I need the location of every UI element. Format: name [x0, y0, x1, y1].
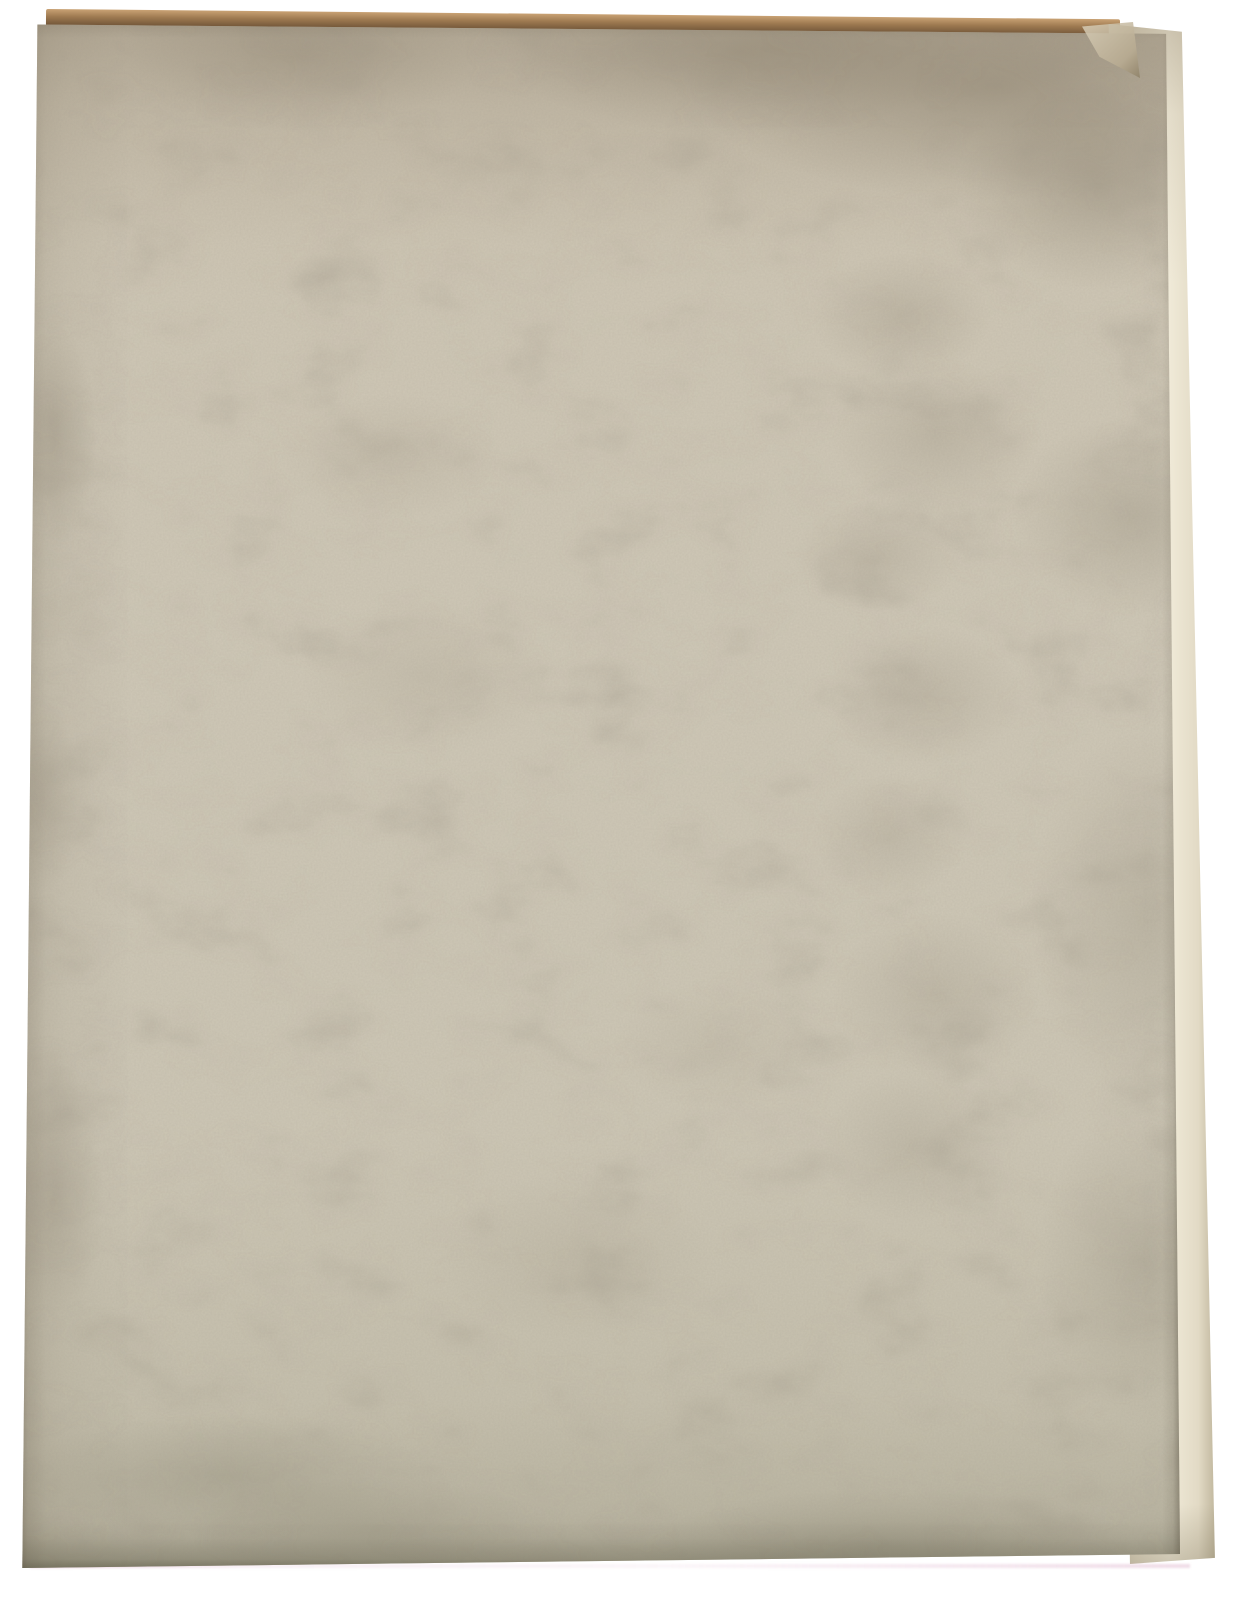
right-column-stains — [20, 16, 1180, 1568]
center-smudges — [20, 16, 1180, 1568]
top-soiling-stains — [20, 16, 1180, 1568]
paper-tone-gradient — [20, 16, 1180, 1568]
paper-grain-texture — [20, 16, 1180, 1568]
photo-background — [0, 0, 1238, 1600]
left-margin-foxing — [20, 16, 1180, 1568]
bottom-soiling-stains — [20, 16, 1180, 1568]
blank-cover-page — [20, 16, 1180, 1568]
page-edge-shadow — [20, 16, 1180, 1568]
